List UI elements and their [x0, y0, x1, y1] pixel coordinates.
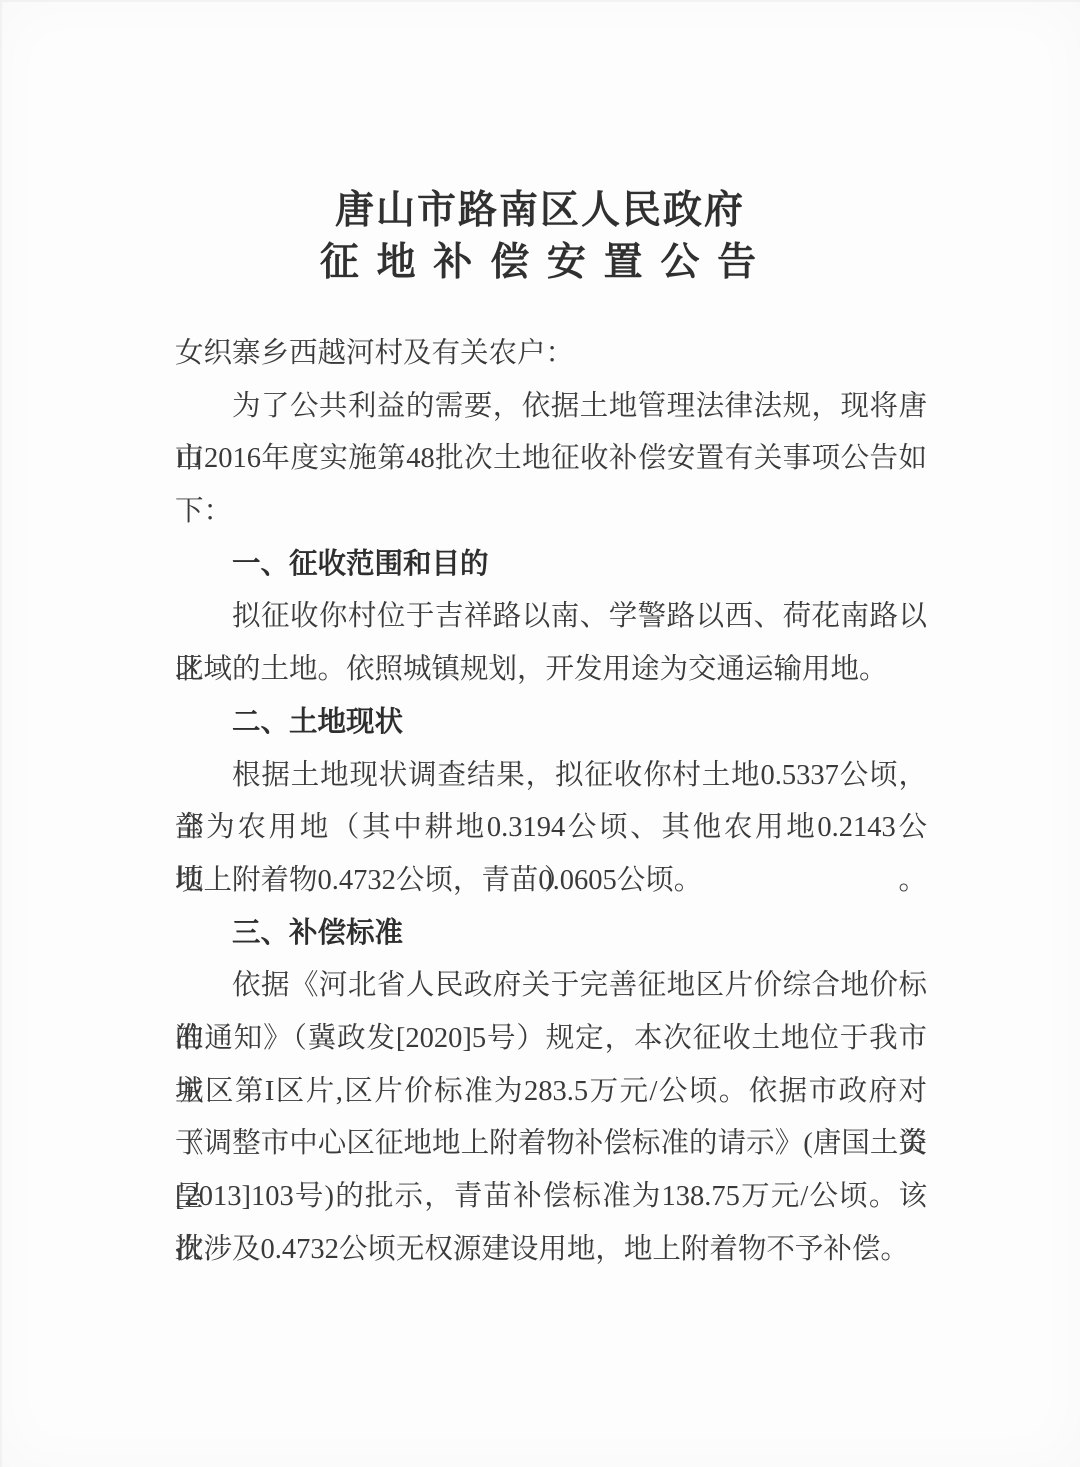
document-body: 女织寨乡西越河村及有关农户：为了公共利益的需要，依据土地管理法律法规，现将唐山市…: [175, 328, 927, 1276]
document-line: 部为农用地（其中耕地0.3194公顷、其他农用地0.2143公顷）。: [175, 802, 927, 855]
document-line: 依据《河北省人民政府关于完善征地区片价综合地价标准: [175, 960, 927, 1013]
document-title-line1: 唐山市路南区人民政府: [0, 186, 1080, 236]
document-line: 女织寨乡西越河村及有关农户：: [175, 328, 927, 381]
document-title-line2: 征 地 补 偿 安 置 公 告: [0, 237, 1080, 289]
document-line: 市2016年度实施第48批次土地征收补偿安置有关事项公告如: [175, 433, 927, 486]
document-line: 拟征收你村位于吉祥路以南、学警路以西、荷花南路以北: [175, 591, 927, 644]
document-line: 一、征收范围和目的: [175, 539, 927, 592]
document-line: 次涉及0.4732公顷无权源建设用地，地上附着物不予补偿。: [175, 1224, 927, 1277]
document-line: 下：: [175, 486, 927, 539]
document-page: 唐山市路南区人民政府 征 地 补 偿 安 置 公 告 女织寨乡西越河村及有关农户…: [0, 0, 1080, 1467]
document-line: 于调整市中心区征地地上附着物补偿标准的请示》(唐国土资呈: [175, 1118, 927, 1171]
document-line: [2013]103号)的批示，青苗补偿标准为138.75万元/公顷。该批: [175, 1171, 927, 1224]
document-line: 的通知》（冀政发[2020]5号）规定，本次征收土地位于我市主: [175, 1013, 927, 1066]
document-line: 二、土地现状: [175, 697, 927, 750]
document-line: 城区第I区片,区片价标准为283.5万元/公顷。依据市政府对《关: [175, 1066, 927, 1119]
document-line: 为了公共利益的需要，依据土地管理法律法规，现将唐山: [175, 381, 927, 434]
document-line: 区域的土地。依照城镇规划，开发用途为交通运输用地。: [175, 644, 927, 697]
document-line: 根据土地现状调查结果，拟征收你村土地0.5337公顷，全: [175, 750, 927, 803]
document-line: 三、补偿标准: [175, 908, 927, 961]
document-title: 唐山市路南区人民政府 征 地 补 偿 安 置 公 告: [0, 186, 1080, 289]
